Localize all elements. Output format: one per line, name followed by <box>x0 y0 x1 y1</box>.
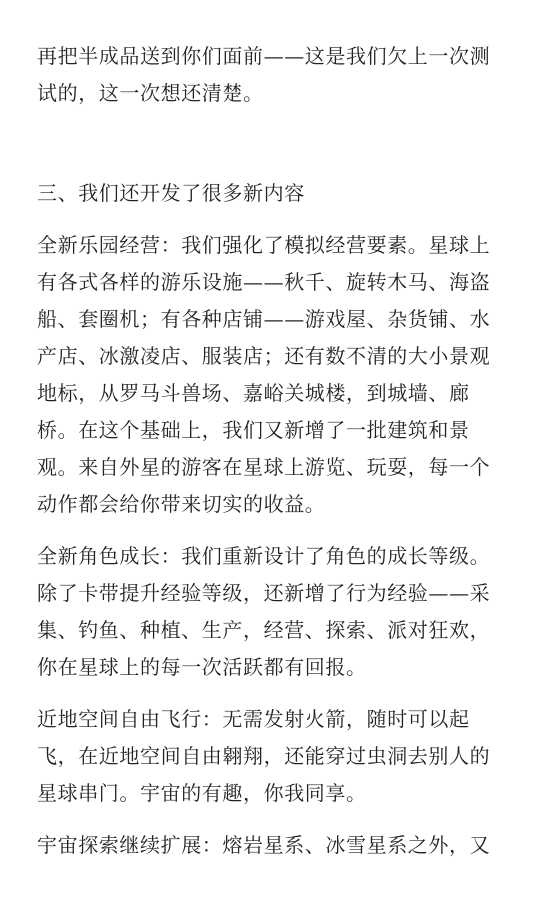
text-line: 桥。在这个基础上，我们又新增了一批建筑和景 <box>37 412 507 449</box>
text-line: 集、钓鱼、种植、生产，经营、探索、派对狂欢， <box>37 612 507 649</box>
text-line: 星球串门。宇宙的有趣，你我同享。 <box>37 775 507 812</box>
text-line: 船、套圈机；有各种店铺——游戏屋、杂货铺、水 <box>37 301 507 338</box>
text-line: 全新乐园经营：我们强化了模拟经营要素。星球上 <box>37 227 507 264</box>
text-line: 你在星球上的每一次活跃都有回报。 <box>37 649 507 686</box>
text-line: 再把半成品送到你们面前——这是我们欠上一次测 <box>37 38 507 75</box>
intro-paragraph: 再把半成品送到你们面前——这是我们欠上一次测 试的，这一次想还清楚。 <box>37 38 507 112</box>
text-line: 有各式各样的游乐设施——秋千、旋转木马、海盗 <box>37 264 507 301</box>
paragraph-park-management: 全新乐园经营：我们强化了模拟经营要素。星球上 有各式各样的游乐设施——秋千、旋转… <box>37 227 507 523</box>
section-heading: 三、我们还开发了很多新内容 <box>37 175 507 212</box>
text-line: 除了卡带提升经验等级，还新增了行为经验——采 <box>37 575 507 612</box>
text-line: 宇宙探索继续扩展：熔岩星系、冰雪星系之外，又 <box>37 827 507 864</box>
text-line: 近地空间自由飞行：无需发射火箭，随时可以起 <box>37 701 507 738</box>
text-line: 全新角色成长：我们重新设计了角色的成长等级。 <box>37 538 507 575</box>
paragraph-space-exploration: 宇宙探索继续扩展：熔岩星系、冰雪星系之外，又 <box>37 827 507 864</box>
text-line: 产店、冰激凌店、服装店；还有数不清的大小景观 <box>37 338 507 375</box>
text-line: 地标，从罗马斗兽场、嘉峪关城楼，到城墙、廊 <box>37 375 507 412</box>
text-line: 动作都会给你带来切实的收益。 <box>37 486 507 523</box>
paragraph-free-flight: 近地空间自由飞行：无需发射火箭，随时可以起 飞，在近地空间自由翱翔，还能穿过虫洞… <box>37 701 507 812</box>
text-line: 试的，这一次想还清楚。 <box>37 75 507 112</box>
text-line: 飞，在近地空间自由翱翔，还能穿过虫洞去别人的 <box>37 738 507 775</box>
paragraph-character-growth: 全新角色成长：我们重新设计了角色的成长等级。 除了卡带提升经验等级，还新增了行为… <box>37 538 507 686</box>
text-line: 观。来自外星的游客在星球上游览、玩耍，每一个 <box>37 449 507 486</box>
article-body: 再把半成品送到你们面前——这是我们欠上一次测 试的，这一次想还清楚。 三、我们还… <box>37 38 507 879</box>
section-spacer <box>37 127 507 175</box>
